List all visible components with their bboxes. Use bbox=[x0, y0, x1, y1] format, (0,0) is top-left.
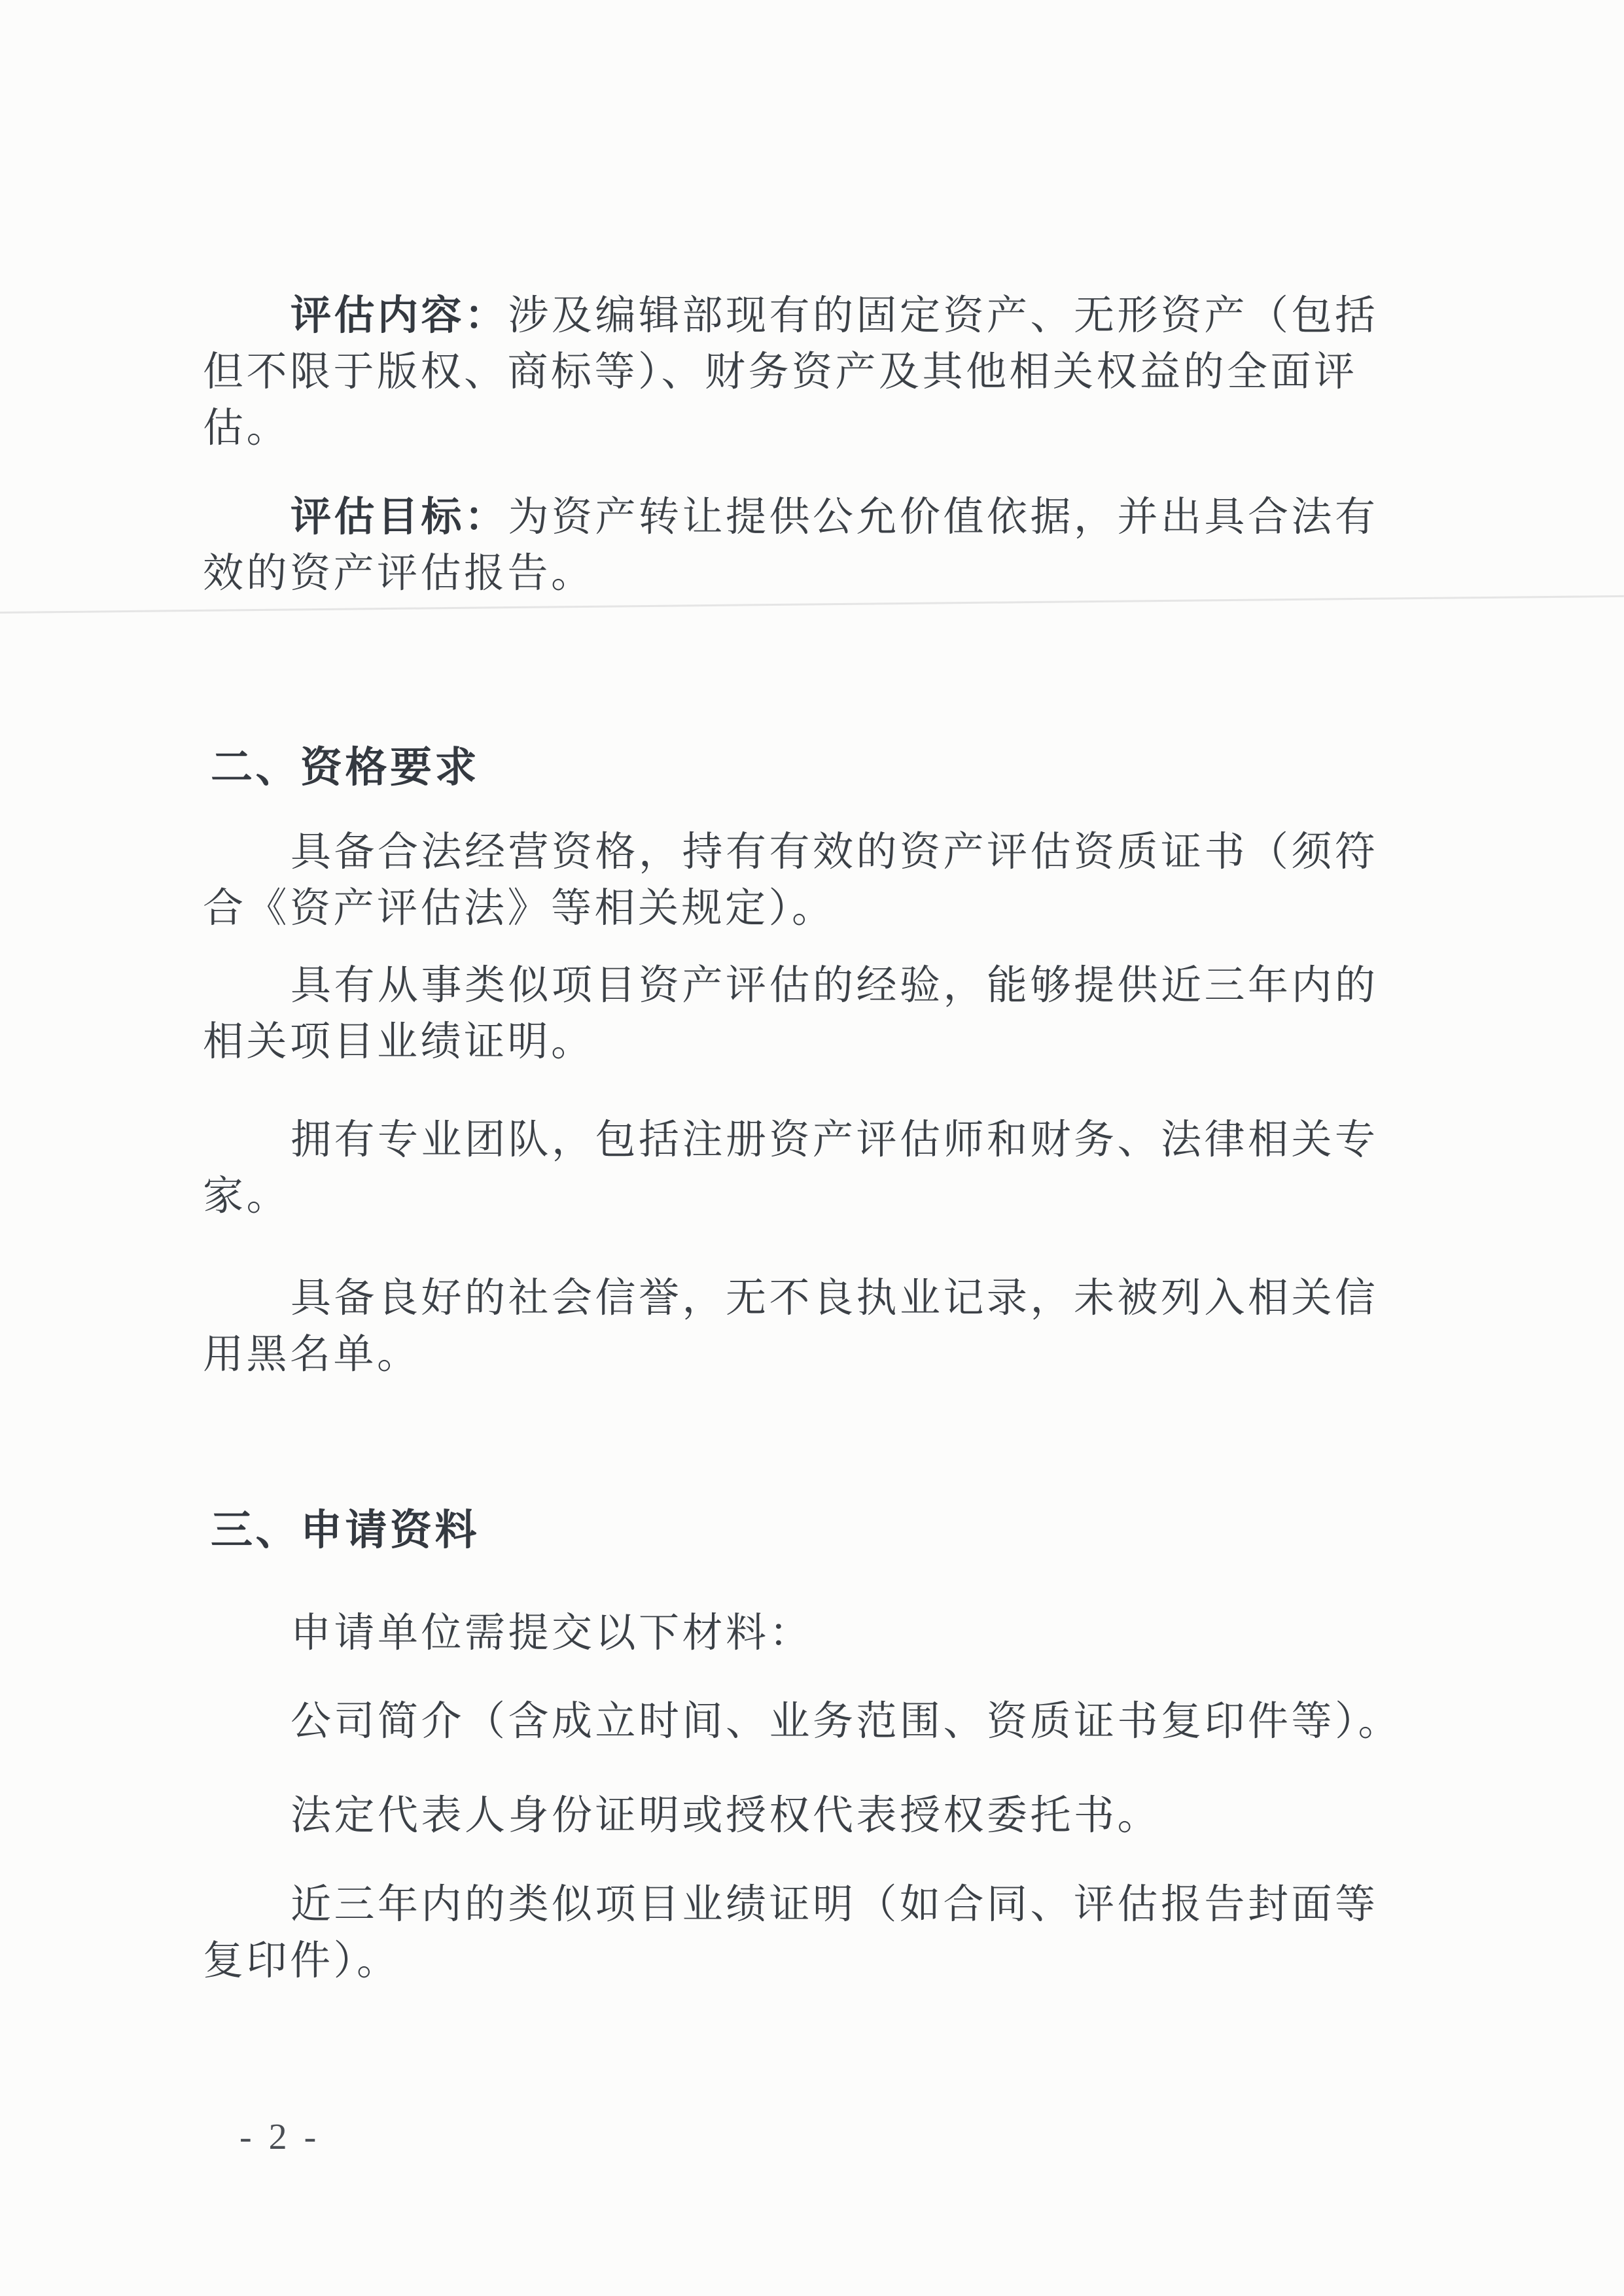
text-line: 近三年内的类似项目业绩证明（如合同、评估报告封面等 bbox=[203, 1877, 1433, 1933]
text-line: 具有从事类似项目资产评估的经验，能够提供近三年内的 bbox=[203, 958, 1433, 1014]
paragraph-legal-representative: 法定代表人身份证明或授权代表授权委托书。 bbox=[203, 1788, 1433, 1844]
text-segment: 为资产转让提供公允价值依据，并出具合法有 bbox=[508, 495, 1379, 540]
text-line: 相关项目业绩证明。 bbox=[203, 1014, 1433, 1070]
page-number: - 2 - bbox=[239, 2114, 320, 2160]
section-heading-qualification-requirements: 二、资格要求 bbox=[211, 739, 480, 797]
text-line: 但不限于版权、商标等）、财务资产及其他相关权益的全面评 bbox=[203, 344, 1433, 400]
paragraph-evaluation-goal: 评估目标：为资产转让提供公允价值依据，并出具合法有 效的资产评估报告。 bbox=[203, 489, 1433, 602]
paragraph-project-experience: 具有从事类似项目资产评估的经验，能够提供近三年内的 相关项目业绩证明。 bbox=[203, 958, 1433, 1070]
text-line: 申请单位需提交以下材料： bbox=[203, 1605, 1433, 1661]
text-line: 效的资产评估报告。 bbox=[203, 546, 1433, 602]
text-line: 估。 bbox=[203, 400, 1433, 457]
document-page: 评估内容：涉及编辑部现有的固定资产、无形资产（包括 但不限于版权、商标等）、财务… bbox=[0, 0, 1624, 2296]
text-line: 具备良好的社会信誉，无不良执业记录，未被列入相关信 bbox=[203, 1270, 1433, 1327]
paragraph-company-profile: 公司简介（含成立时间、业务范围、资质证书复印件等）。 bbox=[203, 1694, 1433, 1750]
text-line: 用黑名单。 bbox=[203, 1327, 1433, 1383]
paragraph-performance-proof: 近三年内的类似项目业绩证明（如合同、评估报告封面等 复印件）。 bbox=[203, 1877, 1433, 1989]
paragraph-legal-qualification: 具备合法经营资格，持有有效的资产评估资质证书（须符 合《资产评估法》等相关规定）… bbox=[203, 824, 1433, 937]
evaluation-content-label: 评估内容： bbox=[291, 294, 508, 338]
text-line: 合《资产评估法》等相关规定）。 bbox=[203, 880, 1433, 937]
text-line: 评估目标：为资产转让提供公允价值依据，并出具合法有 bbox=[203, 489, 1433, 546]
paragraph-evaluation-content: 评估内容：涉及编辑部现有的固定资产、无形资产（包括 但不限于版权、商标等）、财务… bbox=[203, 288, 1433, 457]
text-line: 评估内容：涉及编辑部现有的固定资产、无形资产（包括 bbox=[203, 288, 1433, 344]
paragraph-professional-team: 拥有专业团队，包括注册资产评估师和财务、法律相关专 家。 bbox=[203, 1112, 1433, 1225]
text-line: 拥有专业团队，包括注册资产评估师和财务、法律相关专 bbox=[203, 1112, 1433, 1168]
section-heading-application-materials: 三、申请资料 bbox=[211, 1502, 480, 1559]
paragraph-materials-intro: 申请单位需提交以下材料： bbox=[203, 1605, 1433, 1661]
text-line: 复印件）。 bbox=[203, 1933, 1433, 1989]
text-line: 具备合法经营资格，持有有效的资产评估资质证书（须符 bbox=[203, 824, 1433, 880]
text-segment: 涉及编辑部现有的固定资产、无形资产（包括 bbox=[508, 294, 1379, 338]
text-line: 家。 bbox=[203, 1168, 1433, 1225]
paragraph-social-reputation: 具备良好的社会信誉，无不良执业记录，未被列入相关信 用黑名单。 bbox=[203, 1270, 1433, 1383]
text-line: 法定代表人身份证明或授权代表授权委托书。 bbox=[203, 1788, 1433, 1844]
evaluation-goal-label: 评估目标： bbox=[291, 495, 508, 540]
text-line: 公司简介（含成立时间、业务范围、资质证书复印件等）。 bbox=[203, 1694, 1433, 1750]
